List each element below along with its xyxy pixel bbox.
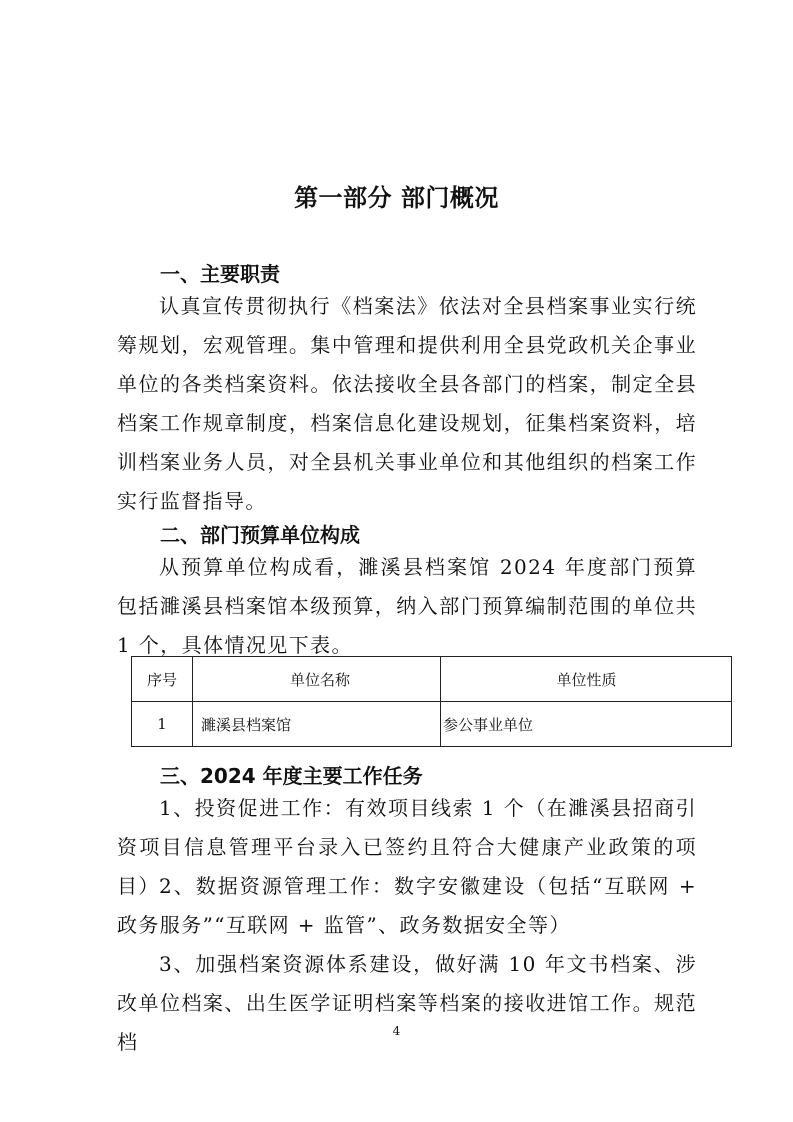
header-unit-nature: 单位性质	[441, 657, 732, 702]
cell-serial: 1	[132, 702, 193, 747]
budget-units-table: 序号 单位名称 单位性质 1 濉溪县档案馆 参公事业单位	[131, 656, 732, 747]
cell-unit-nature: 参公事业单位	[441, 702, 732, 747]
section-heading-budget-units: 二、部门预算单位构成	[160, 519, 360, 548]
section-heading-work-tasks: 三、2024 年度主要工作任务	[160, 760, 423, 789]
page-number: 4	[0, 1024, 793, 1038]
paragraph-main-duties: 认真宣传贯彻执行《档案法》依法对全县档案事业实行统筹规划，宏观管理。集中管理和提…	[117, 287, 697, 521]
paragraph-budget-units: 从预算单位构成看，濉溪县档案馆 2024 年度部门预算包括濉溪县档案馆本级预算，…	[117, 548, 697, 665]
header-unit-name: 单位名称	[193, 657, 441, 702]
table-row: 1 濉溪县档案馆 参公事业单位	[132, 702, 732, 747]
section-heading-main-duties: 一、主要职责	[160, 258, 280, 287]
header-serial: 序号	[132, 657, 193, 702]
table-header-row: 序号 单位名称 单位性质	[132, 657, 732, 702]
cell-unit-name: 濉溪县档案馆	[193, 702, 441, 747]
paragraph-task-2: 2、数据资源管理工作：数字安徽建设（包括“互联网 + 政务服务”“互联网 + 监…	[117, 867, 697, 945]
page-title: 第一部分 部门概况	[0, 178, 793, 213]
paragraph-task-3: 3、加强档案资源体系建设，做好满 10 年文书档案、涉改单位档案、出生医学证明档…	[117, 945, 697, 1062]
